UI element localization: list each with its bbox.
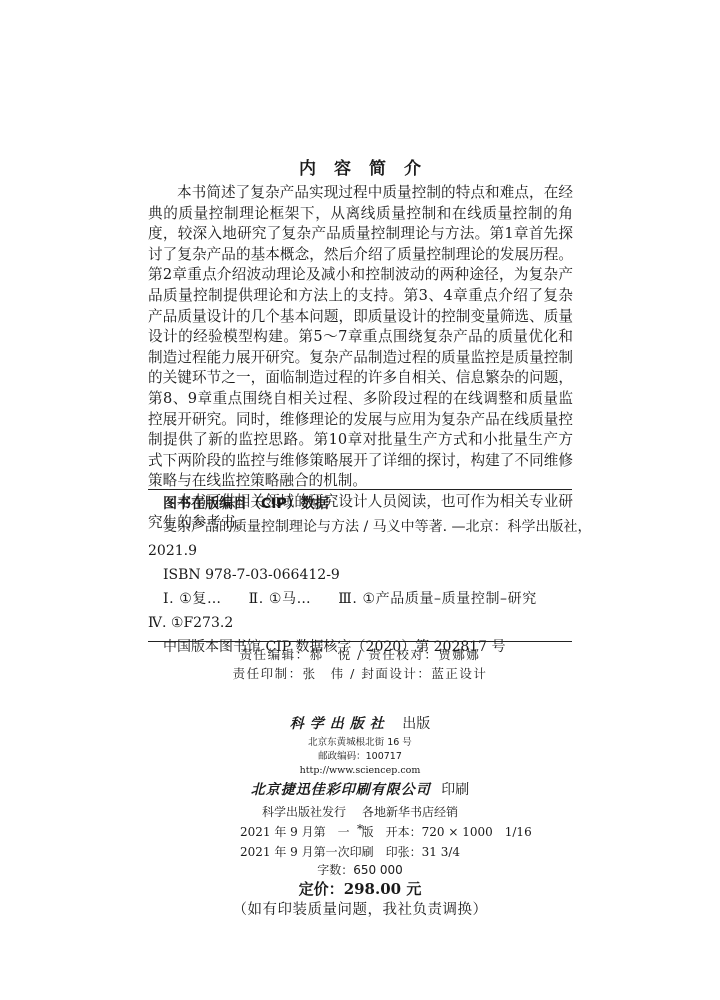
word-count: 字数：650 000 xyxy=(0,861,720,878)
cip-classification: Ⅰ. ①复… Ⅱ. ①马… Ⅲ. ①产品质量–质量控制–研究 xyxy=(148,587,572,611)
cip-heading: 图书在版编目（CIP）数据 xyxy=(148,493,572,515)
printer-suffix: 印刷 xyxy=(441,782,469,798)
price: 定价：298.00 元 xyxy=(0,878,720,899)
print-specs: 2021 年 9 月第 一 版开本：720 × 1000 1/16 2021 年… xyxy=(240,822,540,862)
credits: 责任编辑：郝 悦 / 责任校对：贾娜娜 责任印制：张 伟 / 封面设计：蓝正设计 xyxy=(0,645,720,683)
publisher-address: 北京东黄城根北街 16 号 xyxy=(0,736,720,750)
publisher-name: 科学出版社 xyxy=(290,716,390,732)
imprint: 科学出版社 出版 北京东黄城根北街 16 号 邮政编码：100717 http:… xyxy=(0,712,720,836)
price-value: 298.00 元 xyxy=(344,880,422,898)
publisher-website: http://www.sciencep.com xyxy=(0,764,720,778)
book-format: 开本：720 × 1000 1/16 xyxy=(386,825,532,839)
distributor: 各地新华书店经销 xyxy=(362,805,458,819)
print-date: 2021 年 9 月第一次印刷 xyxy=(240,845,374,859)
cip-block: 图书在版编目（CIP）数据 复杂产品的质量控制理论与方法 / 马义中等著. —北… xyxy=(148,493,572,659)
credits-editors: 责任编辑：郝 悦 / 责任校对：贾娜娜 xyxy=(0,645,720,664)
cip-class-item: Ⅰ. ①复… xyxy=(163,591,222,607)
printing-row: 2021 年 9 月第一次印刷印张：31 3/4 xyxy=(240,842,540,862)
abstract-title: 内容简介 xyxy=(0,154,720,179)
publisher-suffix: 出版 xyxy=(402,716,430,732)
edition-date: 2021 年 9 月第 一 版 xyxy=(240,825,374,839)
distribution-line: 科学出版社发行各地新华书店经销 xyxy=(0,802,720,822)
cip-bottom-rule xyxy=(148,641,572,642)
credits-production: 责任印制：张 伟 / 封面设计：蓝正设计 xyxy=(0,664,720,683)
printer-name: 北京捷迅佳彩印刷有限公司 xyxy=(251,782,431,798)
cip-classification-cont: Ⅳ. ①F273.2 xyxy=(148,611,572,635)
cip-top-rule xyxy=(148,489,572,490)
price-label: 定价： xyxy=(299,880,344,898)
edition-row: 2021 年 9 月第 一 版开本：720 × 1000 1/16 xyxy=(240,822,540,842)
publisher-line: 科学出版社 出版 xyxy=(0,712,720,736)
print-sheets: 印张：31 3/4 xyxy=(386,845,460,859)
cip-title-line-cont: 2021.9 xyxy=(148,539,572,563)
cip-class-item: Ⅲ. ①产品质量–质量控制–研究 xyxy=(338,591,537,607)
quality-notice: （如有印装质量问题，我社负责调换） xyxy=(0,898,720,919)
cip-isbn: ISBN 978-7-03-066412-9 xyxy=(148,563,572,587)
publisher-postcode: 邮政编码：100717 xyxy=(0,750,720,764)
cip-class-item: Ⅱ. ①马… xyxy=(249,591,312,607)
abstract-body: 本书简述了复杂产品实现过程中质量控制的特点和难点，在经典的质量控制理论框架下，从… xyxy=(148,183,573,533)
abstract-paragraph: 本书简述了复杂产品实现过程中质量控制的特点和难点，在经典的质量控制理论框架下，从… xyxy=(148,183,573,492)
printer-line: 北京捷迅佳彩印刷有限公司 印刷 xyxy=(0,778,720,802)
issuer: 科学出版社发行 xyxy=(262,805,346,819)
cip-title-line: 复杂产品的质量控制理论与方法 / 马义中等著. —北京：科学出版社， xyxy=(148,515,572,539)
copyright-page: 内容简介 本书简述了复杂产品实现过程中质量控制的特点和难点，在经典的质量控制理论… xyxy=(0,0,720,1000)
